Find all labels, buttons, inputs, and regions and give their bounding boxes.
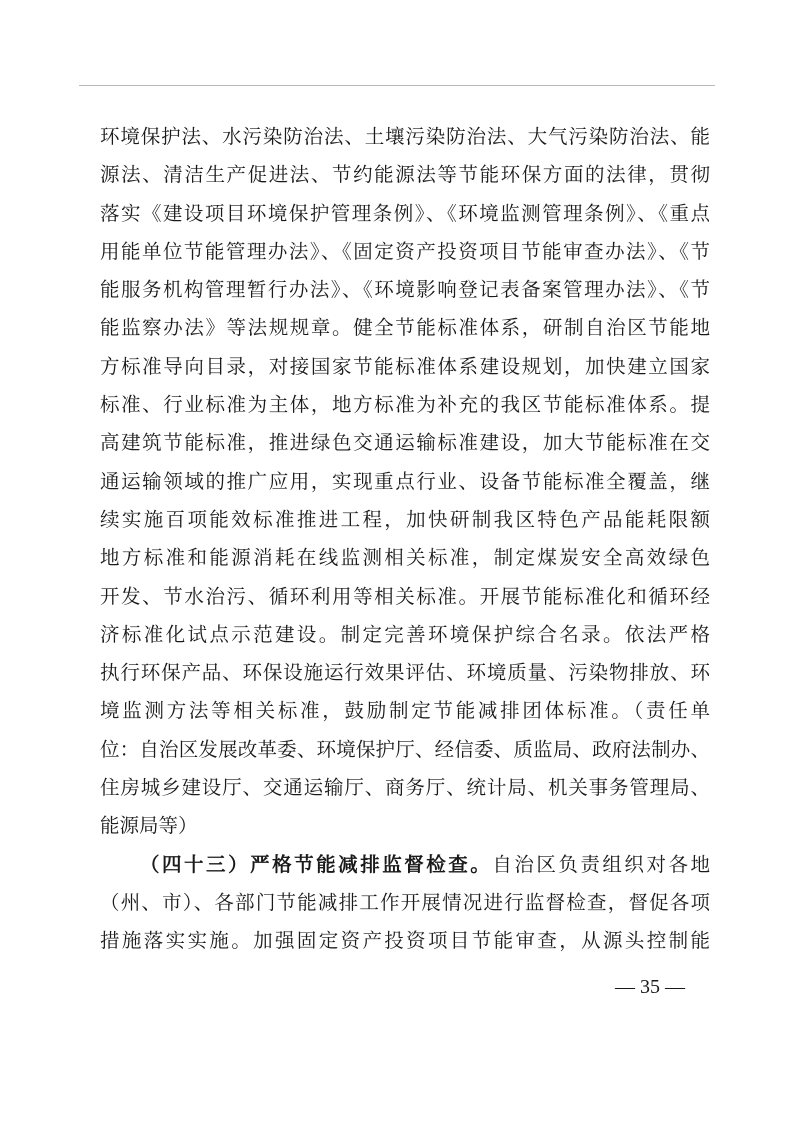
document-body: 环境保护法、水污染防治法、土壤污染防治法、大气污染防治法、能 源法、清洁生产促进… (100, 118, 710, 961)
text-line: 措施落实实施。加强固定资产投资项目节能审查，从源头控制能 (100, 922, 710, 960)
text-line: 方标准导向目录，对接国家节能标准体系建设规划，加快建立国家 (100, 348, 710, 386)
text-line: 能服务机构管理暂行办法》、《环境影响登记表备案管理办法》、《节 (100, 271, 710, 309)
text-line: 能源局等） (100, 807, 710, 845)
text-line: 境监测方法等相关标准，鼓励制定节能减排团体标准。（责任单 (100, 692, 710, 730)
text-line: 执行环保产品、环保设施运行效果评估、环境质量、污染物排放、环 (100, 654, 710, 692)
text-line: 高建筑节能标准，推进绿色交通运输标准建设，加大节能标准在交 (100, 424, 710, 462)
text-line: 用能单位节能管理办法》、《固定资产投资项目节能审查办法》、《节 (100, 233, 710, 271)
text-line: 标准、行业标准为主体，地方标准为补充的我区节能标准体系。提 (100, 386, 710, 424)
text-line: 落实《建设项目环境保护管理条例》、《环境监测管理条例》、《重点 (100, 195, 710, 233)
header-rule (79, 85, 715, 86)
text-line: 通运输领域的推广应用，实现重点行业、设备节能标准全覆盖，继 (100, 463, 710, 501)
text-line: 地方标准和能源消耗在线监测相关标准，制定煤炭安全高效绿色 (100, 539, 710, 577)
text-line: 开发、节水治污、循环利用等相关标准。开展节能标准化和循环经 (100, 578, 710, 616)
text-line: 能监察办法》等法规规章。健全节能标准体系，研制自治区节能地 (100, 309, 710, 347)
text-line: 源法、清洁生产促进法、节约能源法等节能环保方面的法律，贯彻 (100, 156, 710, 194)
text-line: 位：自治区发展改革委、环境保护厅、经信委、质监局、政府法制办、 (100, 731, 710, 769)
section-heading: （四十三）严格节能减排监督检查。 (140, 853, 492, 876)
section-heading-line: （四十三）严格节能减排监督检查。自治区负责组织对各地 (100, 846, 710, 884)
section-text: 自治区负责组织对各地 (492, 853, 710, 876)
text-line: 续实施百项能效标准推进工程，加快研制我区特色产品能耗限额 (100, 501, 710, 539)
text-line: 住房城乡建设厅、交通运输厅、商务厅、统计局、机关事务管理局、 (100, 769, 710, 807)
text-line: （州、市）、各部门节能减排工作开展情况进行监督检查，督促各项 (100, 884, 710, 922)
page-number: — 35 — (600, 976, 700, 999)
text-line: 济标准化试点示范建设。制定完善环境保护综合名录。依法严格 (100, 616, 710, 654)
text-line: 环境保护法、水污染防治法、土壤污染防治法、大气污染防治法、能 (100, 118, 710, 156)
